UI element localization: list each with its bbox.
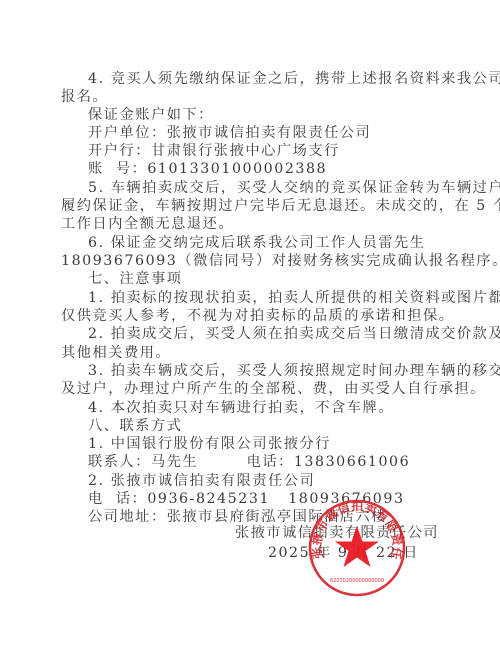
text-line: 及过户，办理过户所产生的全部税、费，由买受人自行承担。 bbox=[61, 380, 441, 398]
text-line: 2. 张掖市诚信拍卖有限责任公司 bbox=[88, 472, 468, 490]
text-line: 2. 拍卖成交后，买受人须在拍卖成交后当日缴清成交价款及 bbox=[88, 325, 468, 343]
text-line: 4. 本次拍卖只对车辆进行拍卖，不含车牌。 bbox=[88, 399, 468, 417]
document-page: 4. 竞买人须先缴纳保证金之后，携带上述报名资料来我公司 报名。 保证金账户如下… bbox=[0, 0, 500, 657]
contact-line: 联系人：马先生 电话：13830661006 bbox=[88, 453, 468, 471]
text-line: 开户单位：张掖市诚信拍卖有限责任公司 bbox=[88, 124, 468, 142]
text-line: 1. 中国银行股份有限公司张掖分行 bbox=[88, 435, 468, 453]
svg-text:62070200000000000: 62070200000000000 bbox=[330, 578, 384, 584]
section-heading: 七、注意事项 bbox=[88, 270, 468, 288]
text-line: 仅供竞买人参考，不视为对拍卖标的品质的承诺和担保。 bbox=[61, 307, 441, 325]
text-line: 工作日内全额无息退还。 bbox=[61, 215, 441, 233]
section-heading: 八、联系方式 bbox=[88, 417, 468, 435]
text-line: 18093676093（微信同号）对接财务核实完成确认报名程序。 bbox=[61, 252, 441, 270]
text-line: 1. 拍卖标的按现状拍卖，拍卖人所提供的相关资料或图片都 bbox=[88, 289, 468, 307]
text-line: 5. 车辆拍卖成交后，买受人交纳的竞买保证金转为车辆过户 bbox=[88, 179, 468, 197]
text-line: 4. 竞买人须先缴纳保证金之后，携带上述报名资料来我公司 bbox=[88, 70, 468, 88]
phone-line: 电 话：0936-8245231 18093676093 bbox=[88, 490, 468, 508]
account-number: 账 号：61013301000002388 bbox=[88, 160, 468, 178]
text-line: 报名。 bbox=[61, 88, 441, 106]
text-line: 3. 拍卖车辆成交后，买受人须按照规定时间办理车辆的移交 bbox=[88, 362, 468, 380]
company-seal-icon: 张掖市诚信拍卖有限责任公司 62070200000000000 bbox=[307, 498, 407, 598]
text-line: 开户行：甘肃银行张掖中心广场支行 bbox=[88, 142, 468, 160]
text-line: 保证金账户如下： bbox=[88, 106, 468, 124]
text-line: 履约保证金，车辆按期过户完毕后无息退还。未成交的，在 5 个 bbox=[61, 197, 441, 215]
text-line: 其他相关费用。 bbox=[61, 344, 441, 362]
text-line: 6. 保证金交纳完成后联系我公司工作人员雷先生 bbox=[88, 234, 468, 252]
